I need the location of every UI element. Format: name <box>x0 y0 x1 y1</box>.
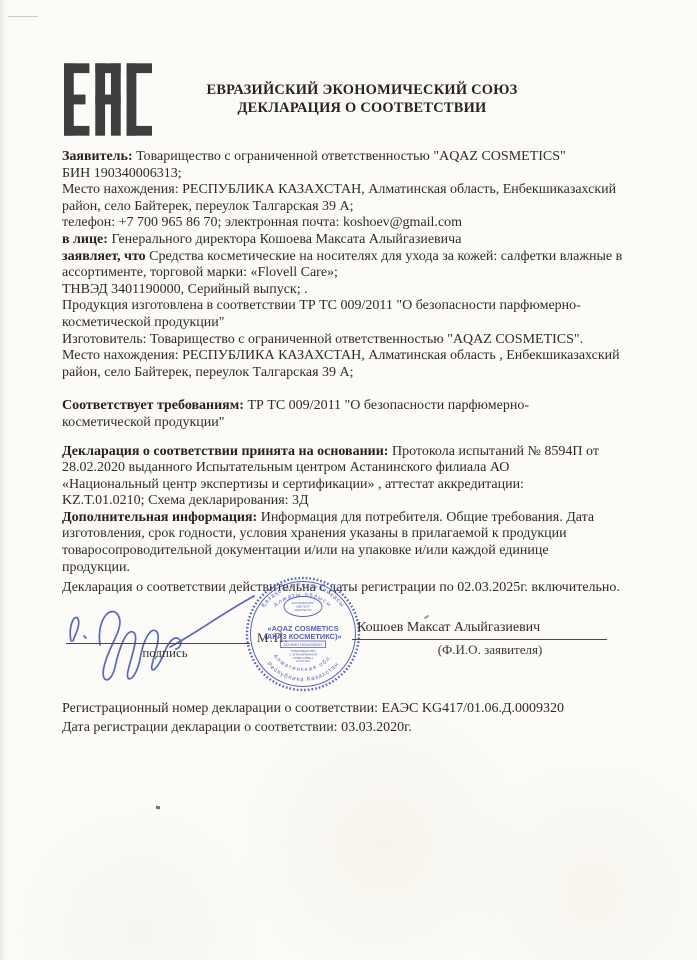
person-text: Генерального директора Кошоева Максата А… <box>108 232 461 247</box>
signature-caption: подпись <box>118 645 212 661</box>
document-page: ЕВРАЗИЙСКИЙ ЭКОНОМИЧЕСКИЙ СОЮЗ ДЕКЛАРАЦИ… <box>0 0 697 960</box>
stamp-oval-line3: СЕРІКТЕСТІГІ <box>294 608 312 612</box>
declares-text: Средства косметические на носителях для … <box>62 249 622 380</box>
stamp-llp-line4: НОСТЬЮ <box>296 659 309 663</box>
para-basis: Декларация о соответствии принята на осн… <box>62 444 687 510</box>
registration-block: Регистрационный номер декларации о соотв… <box>62 700 682 737</box>
para-additional: Дополнительная информация: Информация дл… <box>62 510 687 576</box>
person-label: в лице: <box>62 232 108 247</box>
document-title: ЕВРАЗИЙСКИЙ ЭКОНОМИЧЕСКИЙ СОЮЗ ДЕКЛАРАЦИ… <box>27 82 697 117</box>
stamp-bin-line: БСН/БИН 190340006313 <box>284 643 323 647</box>
fio-line <box>352 639 607 640</box>
registration-number-line: Регистрационный номер декларации о соотв… <box>62 700 682 719</box>
scan-speck <box>156 806 160 810</box>
stamp-oval-line2: ШЕКТЕУЛІ <box>296 604 310 608</box>
stamp-center-line2: (АКАЗ КОСМЕТИКС)» <box>264 632 341 641</box>
document-body: Заявитель: Товарищество с ограниченной о… <box>62 149 687 597</box>
para-conforms: Соответствует требованиям: ТР ТС 009/201… <box>62 398 687 431</box>
stamp-oval-line1: ЖАУАПКЕРШІЛІГІ <box>292 601 315 605</box>
fio-caption: (Ф.И.О. заявителя) <box>400 642 580 658</box>
declares-label: заявляет, что <box>62 249 146 264</box>
scan-artifact-line <box>8 16 38 17</box>
para-applicant: Заявитель: Товарищество с ограниченной о… <box>62 149 687 232</box>
signature-ink <box>58 583 268 695</box>
registration-date-line: Дата регистрации декларации о соответств… <box>62 719 682 738</box>
company-stamp-seal: Қазақстан Республикасы Алматы облысы Рес… <box>244 575 362 693</box>
applicant-text: Товарищество с ограниченной ответственно… <box>62 149 616 230</box>
signature-line <box>66 643 250 644</box>
title-line-2: ДЕКЛАРАЦИЯ О СООТВЕТСТВИИ <box>27 100 697 118</box>
applicant-fio: Кошоев Максат Алыйгазиевич <box>357 620 540 636</box>
basis-label: Декларация о соответствии принята на осн… <box>62 444 388 459</box>
para-person: в лице: Генерального директора Кошоева М… <box>62 232 687 249</box>
title-line-1: ЕВРАЗИЙСКИЙ ЭКОНОМИЧЕСКИЙ СОЮЗ <box>27 82 697 100</box>
para-declares: заявляет, что Средства косметические на … <box>62 249 687 382</box>
scan-speck <box>424 615 429 620</box>
applicant-label: Заявитель: <box>62 149 133 164</box>
conforms-label: Соответствует требованиям: <box>62 398 244 413</box>
additional-label: Дополнительная информация: <box>62 510 257 525</box>
